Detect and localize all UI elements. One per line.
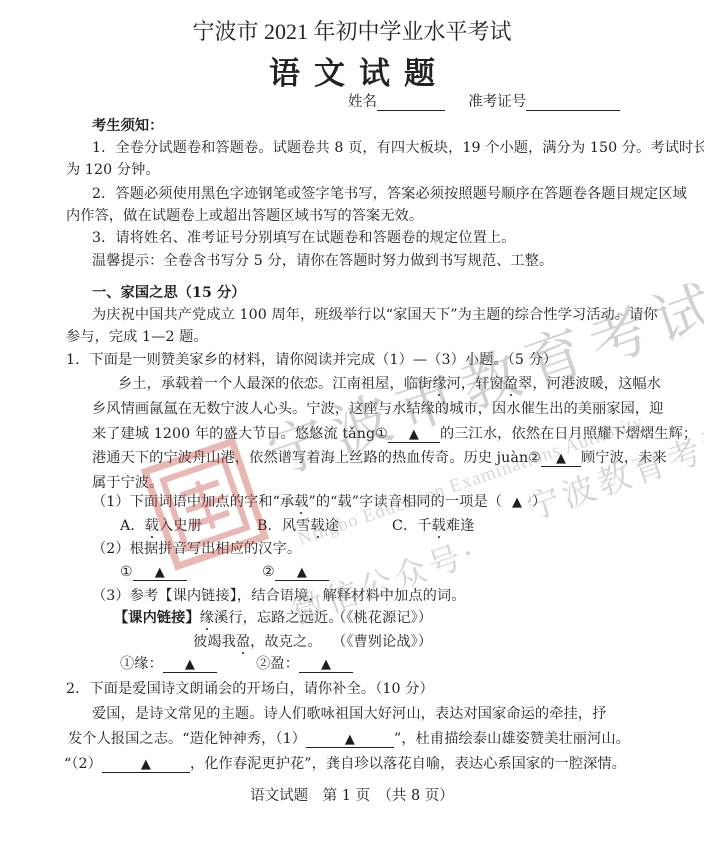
exam-page: 宁波市 2021 年初中学业水平考试 语文试题 姓名 准考证号 考生须知： 1．… — [0, 0, 704, 841]
option-text: 难逢 — [446, 518, 475, 534]
exam-id-field[interactable] — [526, 96, 620, 111]
q2-line-1: 爱国，是诗文常见的主题。诗人们歌咏祖国大好河山，表达对国家命运的牵挂，抒 — [92, 705, 606, 723]
option-text: 途 — [325, 518, 339, 534]
dotted-char: 盈 — [236, 634, 250, 650]
passage-text: 的三江水，依然在日月照耀下熠熠生辉； — [440, 426, 697, 442]
option-a[interactable]: A．载入史册 — [120, 517, 202, 535]
sub-question-2-answers: ①▲ ②▲ — [120, 563, 329, 581]
name-field[interactable] — [377, 96, 445, 111]
sub-question-3-answers: ①缘：▲ ②盈：▲ — [120, 655, 353, 673]
exam-id-label: 准考证号 — [468, 94, 526, 110]
dotted-char: 缘 — [200, 610, 214, 626]
blank-marker-icon: ▲ — [321, 657, 331, 672]
poem-answer-blank-2[interactable]: ▲ — [102, 756, 190, 773]
link-text: 彼竭我 — [193, 634, 236, 650]
dotted-char: 盈 — [504, 376, 518, 392]
section-1-intro: 为庆祝中国共产党成立 100 周年，班级举行以“家国天下”为主题的综合性学习活动… — [92, 306, 658, 324]
passage-line-5: 属于宁波。 — [92, 474, 163, 492]
option-b[interactable]: B．风雪载途 — [257, 517, 339, 535]
passage-text: 乡土，承载着一个人最深的依恋。江南祖屋，临街 — [118, 376, 432, 392]
sub-question-1-stem: （1）下面词语中加点的字和“承载”的“载”字读音相同的一项是（▲） — [92, 493, 546, 512]
dotted-char: 载 — [310, 518, 324, 534]
passage-text: 翠，河港波暖，这幅水 — [518, 376, 661, 392]
link-text: ，故克之。 — [250, 634, 321, 650]
dotted-char: 载 — [294, 494, 308, 510]
textbook-link-label: 【课内链接】 — [114, 610, 200, 626]
explain-answer-blank-2[interactable]: ▲ — [299, 656, 353, 673]
sub-question-2-stem: （2）根据拼音写出相应的汉字。 — [92, 540, 301, 558]
option-letter: C． — [392, 518, 417, 534]
passage-text: 河，轩窗 — [447, 376, 504, 392]
blank-marker-icon: ▲ — [409, 427, 419, 442]
page-footer: 语文试题 第 1 页 （共 8 页） — [0, 787, 704, 805]
question-1-stem: 1．下面是一则赞美家乡的材料，请你阅读并完成（1）—（3）小题。（5 分） — [66, 351, 557, 369]
sub-question-3-stem: （3）参考【课内链接】，结合语境，解释材料中加点的词。 — [92, 587, 466, 605]
notice-item-1: 1．全卷分试题卷和答题卷。试题卷共 8 页，有四大板块，19 个小题，满分为 1… — [92, 139, 704, 157]
q2-text: ”，杜甫描绘泰山雄姿赞美壮丽河山。 — [394, 731, 630, 747]
blank-marker-icon: ▲ — [556, 451, 566, 466]
blank-marker-icon: ▲ — [345, 732, 355, 747]
notice-heading: 考生须知： — [92, 117, 163, 135]
stem-text: （1）下面词语中加点的字和“承 — [92, 494, 294, 510]
question-2-stem: 2．下面是爱国诗文朗诵会的开场白，请你补全。（10 分） — [66, 680, 434, 698]
blank-marker-icon: ▲ — [185, 657, 195, 672]
blank-label: ①缘： — [120, 656, 163, 672]
poem-answer-blank-1[interactable]: ▲ — [306, 731, 394, 748]
q2-line-2: 发个人报国之志。“造化钟神秀，（1）▲”，杜甫描绘泰山雄姿赞美壮丽河山。 — [68, 730, 630, 748]
passage-line-1: 乡土，承载着一个人最深的依恋。江南祖屋，临街缘河，轩窗盈翠，河港波暖，这幅水 — [118, 375, 661, 393]
blank-label: ① — [120, 564, 133, 580]
dotted-char: 载 — [145, 518, 159, 534]
pinyin-answer-blank-2[interactable]: ▲ — [275, 564, 329, 581]
section-1-intro-cont: 参与，完成 1—2 题。 — [66, 328, 208, 346]
textbook-link-1-source: （《桃花源记》） — [332, 609, 432, 627]
q2-line-3: “（2）▲，化作春泥更护花”，龚自珍以落花自喻，表达心系国家的一腔深情。 — [64, 755, 626, 773]
dotted-char: 载 — [432, 518, 446, 534]
q2-text: ，化作春泥更护花”，龚自珍以落花自喻，表达心系国家的一腔深情。 — [190, 756, 626, 772]
candidate-info-row: 姓名 准考证号 — [348, 93, 620, 111]
passage-line-3: 来了建城 1200 年的盛大节日。悠悠流 tǎng①▲的三江水，依然在日月照耀下… — [92, 425, 697, 443]
option-letter: B． — [257, 518, 282, 534]
exam-title: 宁波市 2021 年初中学业水平考试 — [0, 18, 704, 46]
q2-text: 发个人报国之志。“造化钟神秀，（1） — [68, 731, 306, 747]
notice-item-3: 3．请将姓名、准考证号分别填写在试题卷和答题卷的规定位置上。 — [92, 229, 515, 247]
answer-blank-1[interactable]: ▲ — [388, 426, 440, 443]
pinyin-answer-blank-1[interactable]: ▲ — [133, 564, 187, 581]
link-text: 溪行，忘路之远近。 — [214, 610, 343, 626]
passage-text: 来了建城 1200 年的盛大节日。悠悠流 tǎng① — [92, 426, 388, 442]
name-label: 姓名 — [348, 94, 377, 110]
notice-item-2: 2．答题必须使用黑色字迹钢笔或签字笔书写，答案必须按照题号顺序在答题卷各题目规定… — [92, 185, 687, 203]
blank-marker-icon: ▲ — [155, 565, 165, 580]
dotted-char: 缘 — [432, 376, 446, 392]
section-1-heading: 一、家国之思（15 分） — [92, 284, 246, 302]
passage-line-4: 港通天下的宁波舟山港，依然谱写着海上丝路的热血传奇。历史 juàn②▲顾宁波，未… — [92, 449, 667, 467]
answer-blank-2[interactable]: ▲ — [541, 450, 581, 467]
textbook-link-2-source: （《曹刿论战》） — [332, 633, 432, 651]
blank-label: ② — [262, 564, 275, 580]
passage-text: 顾宁波，未来 — [581, 450, 667, 466]
passage-text: 港通天下的宁波舟山港，依然谱写着海上丝路的热血传奇。历史 juàn② — [92, 450, 541, 466]
textbook-link-2: 彼竭我盈，故克之。 — [193, 633, 322, 651]
notice-item-2-cont: 内作答，做在试题卷上或超出答题区域书写的答案无效。 — [66, 207, 423, 225]
blank-marker-icon: ▲ — [141, 757, 151, 772]
stem-text: ”的“载”字读音相同的一项是（ — [309, 494, 503, 510]
blank-marker-icon: ▲ — [297, 565, 307, 580]
q2-text: “（2） — [64, 756, 102, 772]
exam-subject-title: 语文试题 — [0, 55, 704, 93]
textbook-link-1: 【课内链接】缘溪行，忘路之远近。 — [114, 609, 343, 627]
option-text: 入史册 — [159, 518, 202, 534]
tip-text: 温馨提示：全卷含书写分 5 分，请你在答题时努力做到书写规范、工整。 — [92, 252, 553, 270]
option-c[interactable]: C．千载难逢 — [392, 517, 474, 535]
option-text: 风雪 — [282, 518, 311, 534]
stem-text: ） — [532, 494, 546, 510]
blank-marker-icon: ▲ — [512, 495, 522, 510]
option-letter: A． — [120, 518, 145, 534]
blank-label: ②盈： — [256, 656, 299, 672]
option-text: 千 — [417, 518, 431, 534]
choice-answer-slot[interactable]: ▲ — [502, 493, 532, 512]
explain-answer-blank-1[interactable]: ▲ — [163, 656, 217, 673]
passage-line-2: 乡风情画氤氲在无数宁波人心头。宁波，这座与水结缘的城市，因水催生出的美丽家园，迎 — [92, 400, 664, 418]
notice-item-1-cont: 为 120 分钟。 — [66, 161, 160, 179]
